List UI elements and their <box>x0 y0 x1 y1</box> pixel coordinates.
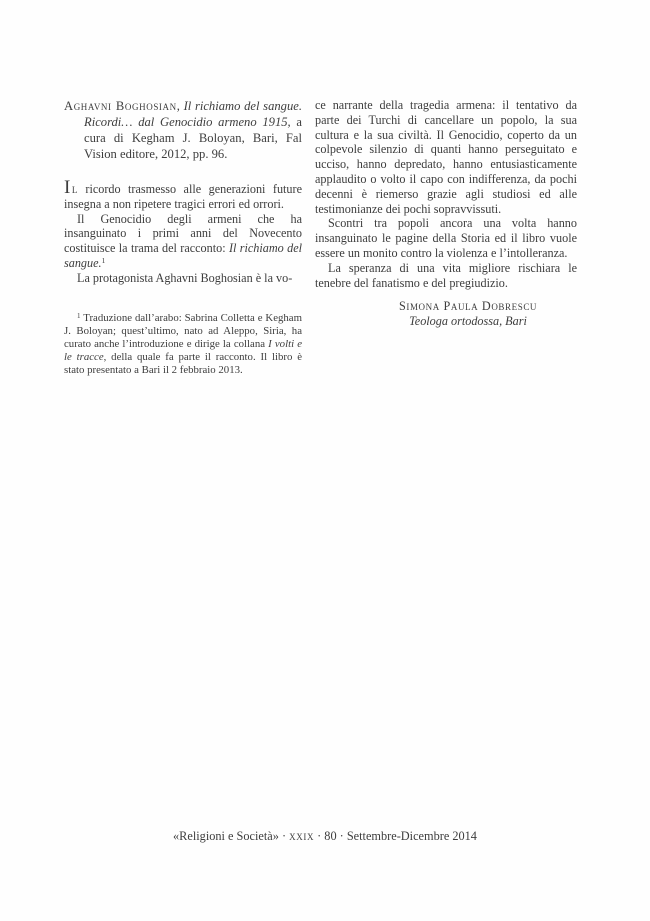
footnote: 1 Traduzione dall’arabo: Sabrina Collett… <box>64 312 302 378</box>
text-segment: I <box>64 177 70 198</box>
book-reference-heading: Aghavni Boghosian, Il richiamo del sangu… <box>64 98 302 162</box>
text-segment: , <box>177 99 184 113</box>
paragraph: La speranza di una vita migliore rischia… <box>315 261 577 291</box>
journal-footer: «Religioni e Società» · xxix · 80 · Sett… <box>0 829 650 844</box>
signature-block: Simona Paula Dobrescu Teologa ortodossa,… <box>315 299 577 329</box>
text-segment: La protagonista Aghavni Boghosian è la v… <box>77 271 292 285</box>
text-segment: 1 <box>102 256 106 265</box>
text-segment: Traduzione dall’arabo: Sabrina Colletta … <box>64 312 302 350</box>
left-column: Aghavni Boghosian, Il richiamo del sangu… <box>64 98 302 378</box>
paragraph: ce narrante della tragedia armena: il te… <box>315 98 577 216</box>
text-segment: «Religioni e Società» <box>173 829 279 843</box>
opening-paragraph: Il ricordo trasmesso alle generazioni fu… <box>64 182 302 212</box>
paragraph: Il Genocidio degli armeni che ha insangu… <box>64 212 302 271</box>
text-segment: ricordo trasmesso alle generazioni futur… <box>64 182 302 211</box>
right-column: ce narrante della tragedia armena: il te… <box>315 98 577 378</box>
text-segment: Aghavni Boghosian <box>64 99 177 113</box>
text-segment: · 80 · Settembre-Dicembre 2014 <box>314 829 477 843</box>
journal-page-scan: Aghavni Boghosian, Il richiamo del sangu… <box>0 0 650 921</box>
two-column-text-block: Aghavni Boghosian, Il richiamo del sangu… <box>64 98 577 378</box>
paragraph: La protagonista Aghavni Boghosian è la v… <box>64 271 302 286</box>
paragraph: Scontri tra popoli ancora una volta hann… <box>315 216 577 260</box>
text-segment: xxix <box>289 829 314 843</box>
text-segment: · <box>279 829 289 843</box>
reviewer-role: Teologa ortodossa, Bari <box>359 314 577 329</box>
reviewer-name: Simona Paula Dobrescu <box>359 299 577 314</box>
